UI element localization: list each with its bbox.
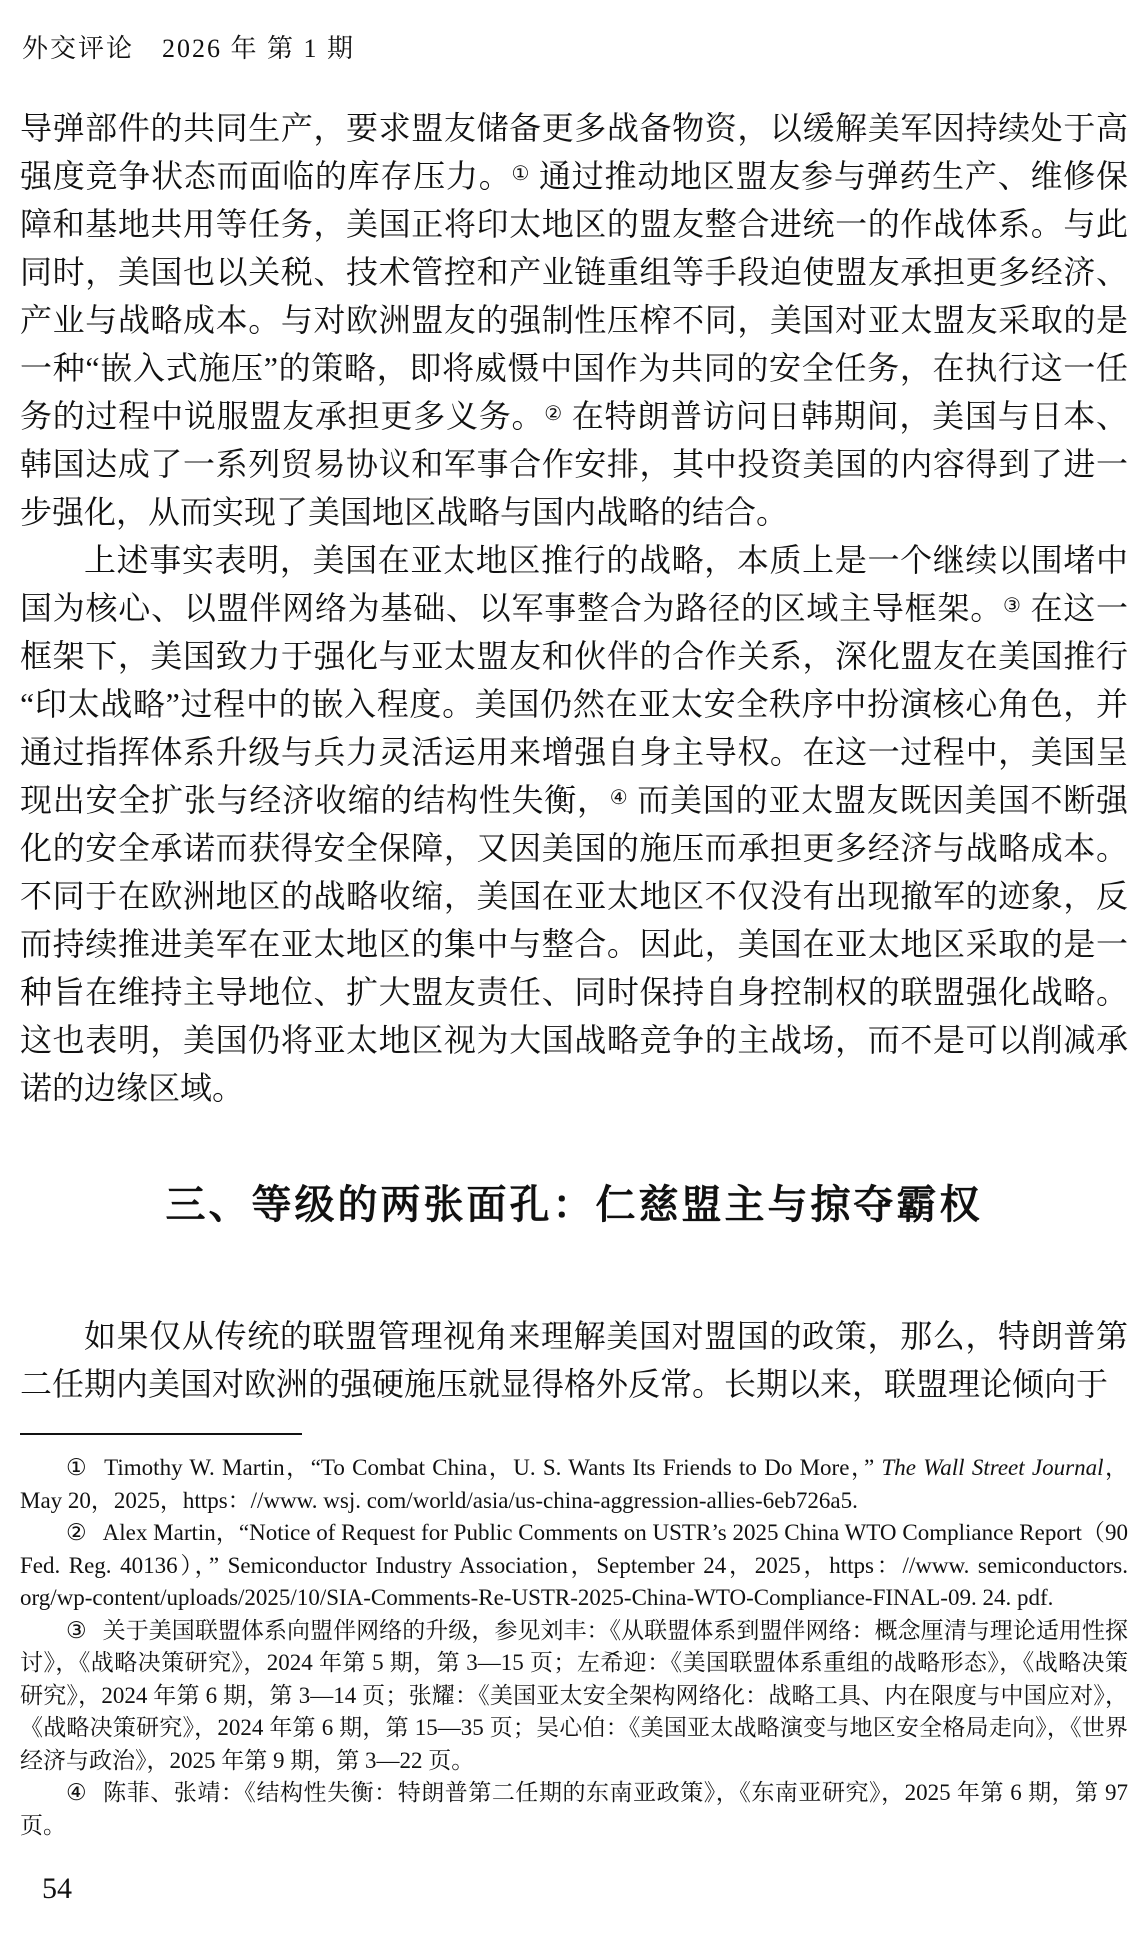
body-paragraph-2: 上述事实表明，美国在亚太地区推行的战略，本质上是一个继续以围堵中国为核心、以盟伴… bbox=[20, 536, 1128, 1112]
footnote-4-text: 陈菲、张靖：《结构性失衡：特朗普第二任期的东南亚政策》，《东南亚研究》，2025… bbox=[20, 1780, 1128, 1838]
page-number: 54 bbox=[42, 1872, 72, 1906]
footnote-3-marker: ③ bbox=[66, 1618, 87, 1643]
footnote-separator-rule bbox=[20, 1433, 302, 1435]
footnote-1-marker: ① bbox=[66, 1455, 88, 1480]
footnote-3: ③关于美国联盟体系向盟伴网络的升级，参见刘丰：《从联盟体系到盟伴网络：概念厘清与… bbox=[20, 1615, 1128, 1778]
footnote-4-marker: ④ bbox=[66, 1780, 87, 1805]
footnote-ref-1: ① bbox=[512, 163, 531, 185]
section-heading: 三、等级的两张面孔：仁慈盟主与掠夺霸权 bbox=[20, 1176, 1128, 1234]
paragraph-2-text: 上述事实表明，美国在亚太地区推行的战略，本质上是一个继续以围堵中国为核心、以盟伴… bbox=[20, 542, 1128, 626]
footnote-ref-4: ④ bbox=[610, 787, 629, 809]
footnote-2-marker: ② bbox=[66, 1520, 87, 1545]
footnote-2-text: Alex Martin，“Notice of Request for Publi… bbox=[20, 1520, 1128, 1610]
footnotes-block: ①Timothy W. Martin，“To Combat China，U. S… bbox=[20, 1452, 1128, 1842]
journal-header: 外交评论 2026 年 第 1 期 bbox=[22, 28, 355, 65]
footnote-4: ④陈菲、张靖：《结构性失衡：特朗普第二任期的东南亚政策》，《东南亚研究》，202… bbox=[20, 1777, 1128, 1842]
footnote-3-text: 关于美国联盟体系向盟伴网络的升级，参见刘丰：《从联盟体系到盟伴网络：概念厘清与理… bbox=[20, 1618, 1128, 1773]
body-paragraph-3: 如果仅从传统的联盟管理视角来理解美国对盟国的政策，那么，特朗普第二任期内美国对欧… bbox=[20, 1312, 1128, 1408]
footnote-1-text: Timothy W. Martin，“To Combat China，U. S.… bbox=[104, 1455, 881, 1480]
footnote-1: ①Timothy W. Martin，“To Combat China，U. S… bbox=[20, 1452, 1128, 1517]
footnote-2: ②Alex Martin，“Notice of Request for Publ… bbox=[20, 1517, 1128, 1615]
paragraph-2-text: 而美国的亚太盟友既因美国不断强化的安全承诺而获得安全保障，又因美国的施压而承担更… bbox=[20, 782, 1128, 1106]
article-body: 导弹部件的共同生产，要求盟友储备更多战备物资，以缓解美军因持续处于高强度竞争状态… bbox=[20, 104, 1128, 1430]
paragraph-1-text: 通过推动地区盟友参与弹药生产、维修保障和基地共用等任务，美国正将印太地区的盟友整… bbox=[20, 158, 1128, 434]
body-paragraph-1: 导弹部件的共同生产，要求盟友储备更多战备物资，以缓解美军因持续处于高强度竞争状态… bbox=[20, 104, 1128, 536]
footnote-1-journal-title: The Wall Street Journal bbox=[881, 1455, 1103, 1480]
footnote-ref-3: ③ bbox=[1003, 595, 1022, 617]
journal-page: 外交评论 2026 年 第 1 期 导弹部件的共同生产，要求盟友储备更多战备物资… bbox=[0, 0, 1147, 1958]
footnote-ref-2: ② bbox=[544, 403, 563, 425]
